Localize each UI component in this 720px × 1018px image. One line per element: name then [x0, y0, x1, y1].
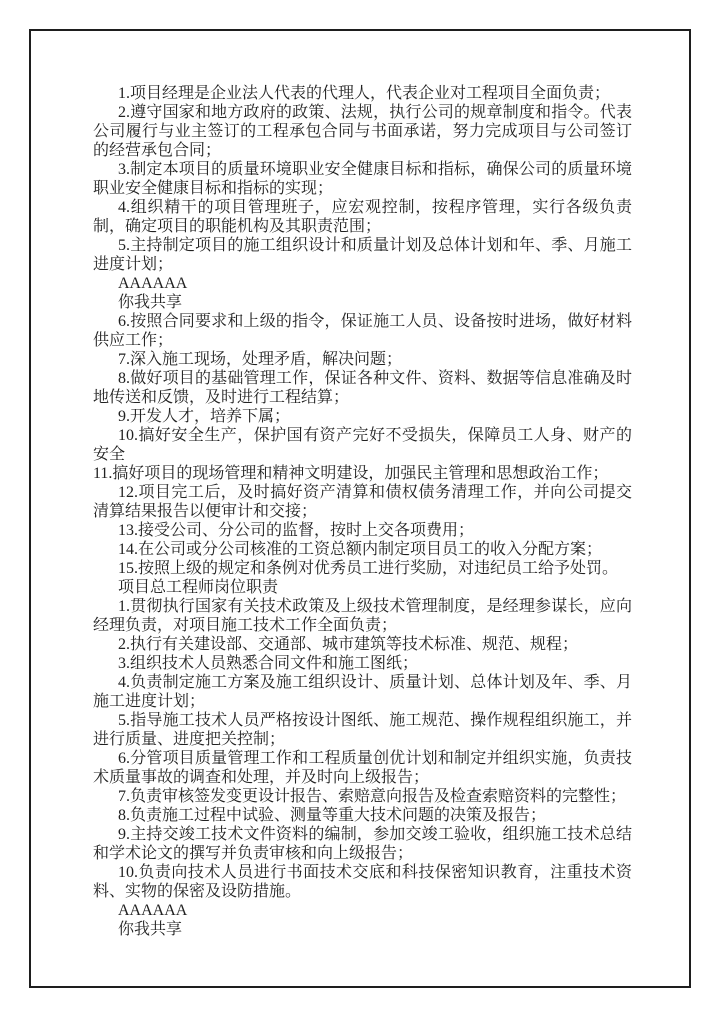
- paragraph: 7.负责审核签发变更设计报告、索赔意向报告及检查索赔资料的完整性；: [93, 787, 632, 806]
- paragraph: 9.开发人才，培养下属；: [93, 407, 632, 426]
- paragraph: 3.制定本项目的质量环境职业安全健康目标和指标，确保公司的质量环境职业安全健康目…: [93, 160, 632, 198]
- paragraph: 6.分管项目质量管理工作和工程质量创优计划和制定并组织实施，负责技术质量事故的调…: [93, 749, 632, 787]
- paragraph: 8.负责施工过程中试验、测量等重大技术问题的决策及报告；: [93, 806, 632, 825]
- paragraph: 10.搞好安全生产，保护国有资产完好不受损失，保障员工人身、财产的安全: [93, 426, 632, 464]
- paragraph: 1.项目经理是企业法人代表的代理人，代表企业对工程项目全面负责；: [93, 84, 632, 103]
- paragraph: 1.贯彻执行国家有关技术政策及上级技术管理制度，是经理参谋长，应向经理负责，对项…: [93, 597, 632, 635]
- paragraph: 你我共享: [93, 920, 632, 939]
- paragraph: 4.负责制定施工方案及施工组织设计、质量计划、总体计划及年、季、月施工进度计划；: [93, 673, 632, 711]
- paragraph: 6.按照合同要求和上级的指令，保证施工人员、设备按时进场，做好材料供应工作；: [93, 312, 632, 350]
- paragraph: AAAAAA: [93, 901, 632, 920]
- page-border: 1.项目经理是企业法人代表的代理人，代表企业对工程项目全面负责；2.遵守国家和地…: [29, 29, 691, 988]
- paragraph: 项目总工程师岗位职责: [93, 578, 632, 597]
- paragraph: 7.深入施工现场，处理矛盾，解决问题；: [93, 350, 632, 369]
- paragraph: AAAAAA: [93, 274, 632, 293]
- paragraph: 15.按照上级的规定和条例对优秀员工进行奖励，对违纪员工给予处罚。: [93, 559, 632, 578]
- paragraph: 2.遵守国家和地方政府的政策、法规，执行公司的规章制度和指令。代表公司履行与业主…: [93, 103, 632, 160]
- paragraph: 5.主持制定项目的施工组织设计和质量计划及总体计划和年、季、月施工进度计划；: [93, 236, 632, 274]
- paragraph: 2.执行有关建设部、交通部、城市建筑等技术标准、规范、规程；: [93, 635, 632, 654]
- paragraph: 14.在公司或分公司核准的工资总额内制定项目员工的收入分配方案；: [93, 540, 632, 559]
- paragraph: 8.做好项目的基础管理工作，保证各种文件、资料、数据等信息准确及时地传送和反馈，…: [93, 369, 632, 407]
- paragraph: 13.接受公司、分公司的监督，按时上交各项费用；: [93, 521, 632, 540]
- paragraph: 3.组织技术人员熟悉合同文件和施工图纸；: [93, 654, 632, 673]
- document-canvas: { "document": { "page_background": "#fff…: [0, 0, 720, 1018]
- paragraph: 10.负责向技术人员进行书面技术交底和科技保密知识教育，注重技术资料、实物的保密…: [93, 863, 632, 901]
- paragraph: 12.项目完工后，及时搞好资产清算和债权债务清理工作，并向公司提交清算结果报告以…: [93, 483, 632, 521]
- document-content: 1.项目经理是企业法人代表的代理人，代表企业对工程项目全面负责；2.遵守国家和地…: [93, 84, 632, 939]
- paragraph: 11.搞好项目的现场管理和精神文明建设，加强民主管理和思想政治工作；: [93, 464, 632, 483]
- paragraph: 9.主持交竣工技术文件资料的编制，参加交竣工验收，组织施工技术总结和学术论文的撰…: [93, 825, 632, 863]
- paragraph: 5.指导施工技术人员严格按设计图纸、施工规范、操作规程组织施工，并进行质量、进度…: [93, 711, 632, 749]
- paragraph: 4.组织精干的项目管理班子，应宏观控制，按程序管理，实行各级负责制，确定项目的职…: [93, 198, 632, 236]
- paragraph: 你我共享: [93, 293, 632, 312]
